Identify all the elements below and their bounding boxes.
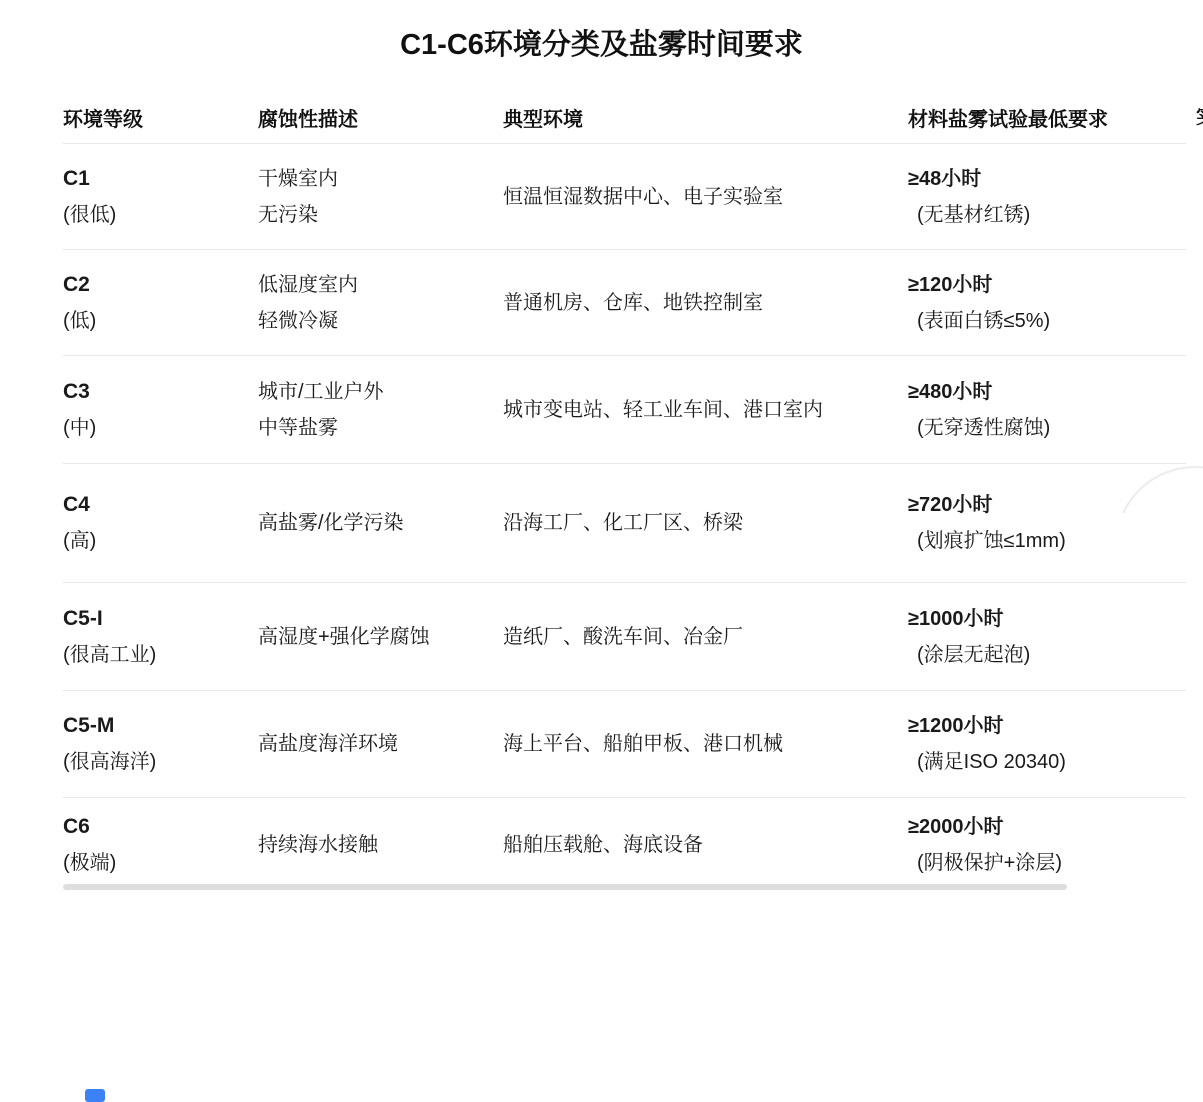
requirement-hours: ≥2000小时 <box>908 809 1186 845</box>
level-code: C1 <box>63 161 258 197</box>
description-line: 持续海水接触 <box>258 827 503 863</box>
level-label: (很高工业) <box>63 637 258 673</box>
requirement-cell: ≥48小时 (无基材红锈) <box>908 161 1186 233</box>
level-code: C5-M <box>63 708 258 744</box>
requirement-cell: ≥2000小时 (阴极保护+涂层) <box>908 809 1186 881</box>
description-cell: 干燥室内 无污染 <box>258 161 503 233</box>
description-line: 低湿度室内 <box>258 267 503 303</box>
typical-env-text: 恒温恒湿数据中心、电子实验室 <box>503 179 908 215</box>
requirement-cell: ≥480小时 (无穿透性腐蚀) <box>908 374 1186 446</box>
requirement-hours: ≥48小时 <box>908 161 1186 197</box>
column-header-corrosivity: 腐蚀性描述 <box>258 103 503 132</box>
table-row: C4 (高) 高盐雾/化学污染 沿海工厂、化工厂区、桥梁 ≥720小时 (划痕扩… <box>63 464 1186 583</box>
level-code: C4 <box>63 487 258 523</box>
description-cell: 持续海水接触 <box>258 827 503 863</box>
requirement-cell: ≥720小时 (划痕扩蚀≤1mm) <box>908 487 1186 559</box>
column-header-typical-env: 典型环境 <box>503 103 908 132</box>
level-cell: C3 (中) <box>63 374 258 446</box>
typical-env-cell: 海上平台、船舶甲板、港口机械 <box>503 726 908 762</box>
description-cell: 高湿度+强化学腐蚀 <box>258 619 503 655</box>
description-line: 无污染 <box>258 197 503 233</box>
level-code: C6 <box>63 809 258 845</box>
description-line: 干燥室内 <box>258 161 503 197</box>
level-cell: C5-I (很高工业) <box>63 601 258 673</box>
table-row: C5-I (很高工业) 高湿度+强化学腐蚀 造纸厂、酸洗车间、冶金厂 ≥1000… <box>63 583 1186 691</box>
description-line: 高盐雾/化学污染 <box>258 505 503 541</box>
level-code: C3 <box>63 374 258 410</box>
requirement-note: (阴极保护+涂层) <box>908 845 1186 881</box>
description-cell: 高盐雾/化学污染 <box>258 505 503 541</box>
typical-env-text: 沿海工厂、化工厂区、桥梁 <box>503 505 908 541</box>
table-header-row: 环境等级 腐蚀性描述 典型环境 材料盐雾试验最低要求 实 <box>63 91 1186 144</box>
requirement-note: (满足ISO 20340) <box>908 744 1186 780</box>
clipped-column-header: 实 <box>1196 99 1203 135</box>
requirement-note: (无基材红锈) <box>908 197 1186 233</box>
table-row: C5-M (很高海洋) 高盐度海洋环境 海上平台、船舶甲板、港口机械 ≥1200… <box>63 691 1186 798</box>
requirement-note: (表面白锈≤5%) <box>908 303 1186 339</box>
level-label: (很低) <box>63 197 258 233</box>
requirement-hours: ≥480小时 <box>908 374 1186 410</box>
level-cell: C4 (高) <box>63 487 258 559</box>
requirement-cell: ≥1200小时 (满足ISO 20340) <box>908 708 1186 780</box>
level-label: (很高海洋) <box>63 744 258 780</box>
table-row: C3 (中) 城市/工业户外 中等盐雾 城市变电站、轻工业车间、港口室内 ≥48… <box>63 356 1186 464</box>
typical-env-text: 海上平台、船舶甲板、港口机械 <box>503 726 908 762</box>
requirement-note: (划痕扩蚀≤1mm) <box>908 523 1186 559</box>
typical-env-cell: 恒温恒湿数据中心、电子实验室 <box>503 179 908 215</box>
requirement-hours: ≥120小时 <box>908 267 1186 303</box>
typical-env-cell: 船舶压载舱、海底设备 <box>503 827 908 863</box>
requirement-hours: ≥720小时 <box>908 487 1186 523</box>
table-row: C1 (很低) 干燥室内 无污染 恒温恒湿数据中心、电子实验室 ≥48小时 (无… <box>63 144 1186 250</box>
column-header-level: 环境等级 <box>63 103 258 132</box>
description-cell: 城市/工业户外 中等盐雾 <box>258 374 503 446</box>
description-line: 轻微冷凝 <box>258 303 503 339</box>
requirement-hours: ≥1000小时 <box>908 601 1186 637</box>
level-label: (高) <box>63 523 258 559</box>
requirement-note: (涂层无起泡) <box>908 637 1186 673</box>
level-cell: C1 (很低) <box>63 161 258 233</box>
description-cell: 低湿度室内 轻微冷凝 <box>258 267 503 339</box>
requirement-hours: ≥1200小时 <box>908 708 1186 744</box>
description-line: 中等盐雾 <box>258 410 503 446</box>
description-line: 城市/工业户外 <box>258 374 503 410</box>
typical-env-text: 普通机房、仓库、地铁控制室 <box>503 285 908 321</box>
level-cell: C2 (低) <box>63 267 258 339</box>
typical-env-text: 造纸厂、酸洗车间、冶金厂 <box>503 619 908 655</box>
table-row: C6 (极端) 持续海水接触 船舶压载舱、海底设备 ≥2000小时 (阴极保护+… <box>63 798 1186 891</box>
requirement-note: (无穿透性腐蚀) <box>908 410 1186 446</box>
typical-env-cell: 沿海工厂、化工厂区、桥梁 <box>503 505 908 541</box>
typical-env-cell: 城市变电站、轻工业车间、港口室内 <box>503 392 908 428</box>
description-line: 高盐度海洋环境 <box>258 726 503 762</box>
description-cell: 高盐度海洋环境 <box>258 726 503 762</box>
typical-env-text: 船舶压载舱、海底设备 <box>503 827 908 863</box>
column-header-salt-spray-requirement: 材料盐雾试验最低要求 <box>908 103 1186 132</box>
table-row: C2 (低) 低湿度室内 轻微冷凝 普通机房、仓库、地铁控制室 ≥120小时 (… <box>63 250 1186 356</box>
requirement-cell: ≥120小时 (表面白锈≤5%) <box>908 267 1186 339</box>
horizontal-scrollbar[interactable] <box>63 884 1067 890</box>
level-label: (中) <box>63 410 258 446</box>
environment-classification-table: 环境等级 腐蚀性描述 典型环境 材料盐雾试验最低要求 实 C1 (很低) 干燥室… <box>63 91 1186 891</box>
clipped-blue-element <box>85 1089 105 1102</box>
level-label: (低) <box>63 303 258 339</box>
typical-env-cell: 造纸厂、酸洗车间、冶金厂 <box>503 619 908 655</box>
description-line: 高湿度+强化学腐蚀 <box>258 619 503 655</box>
level-code: C2 <box>63 267 258 303</box>
level-label: (极端) <box>63 845 258 881</box>
requirement-cell: ≥1000小时 (涂层无起泡) <box>908 601 1186 673</box>
typical-env-text: 城市变电站、轻工业车间、港口室内 <box>503 392 908 428</box>
level-cell: C5-M (很高海洋) <box>63 708 258 780</box>
page-title: C1-C6环境分类及盐雾时间要求 <box>0 22 1203 63</box>
level-cell: C6 (极端) <box>63 809 258 881</box>
typical-env-cell: 普通机房、仓库、地铁控制室 <box>503 285 908 321</box>
level-code: C5-I <box>63 601 258 637</box>
